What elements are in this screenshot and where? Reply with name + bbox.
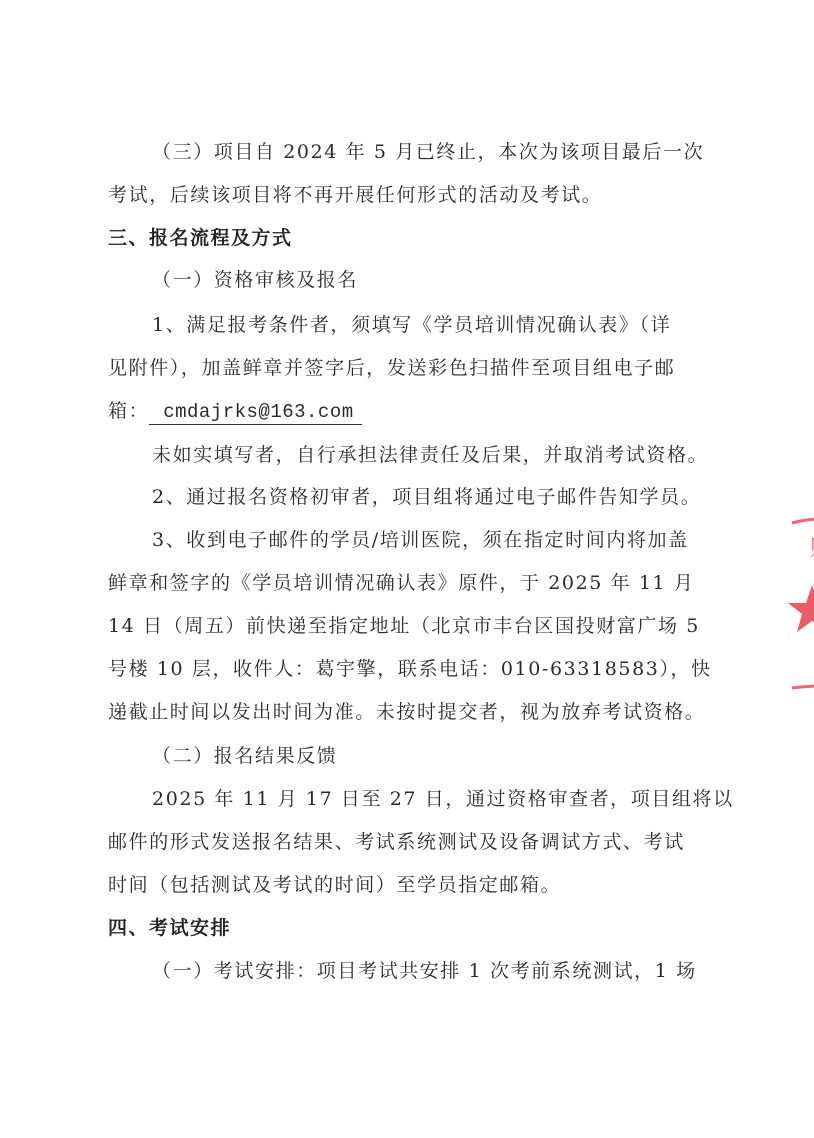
paragraph-line: 1、满足报考条件者，须填写《学员培训情况确认表》（详 bbox=[152, 313, 671, 337]
paragraph-line: 递截止时间以发出时间为准。未按时提交者，视为放弃考试资格。 bbox=[108, 700, 705, 724]
paragraph-line: 号楼 10 层，收件人：葛宇擎，联系电话：010-63318583），快 bbox=[108, 657, 712, 681]
paragraph-line: 未如实填写者，自行承担法律责任及后果，并取消考试资格。 bbox=[152, 443, 708, 467]
red-seal-stamp-icon: 财 bbox=[784, 515, 814, 695]
section-heading: 四、考试安排 bbox=[108, 916, 231, 940]
paragraph-line: 2、通过报名资格初审者，项目组将通过电子邮件告知学员。 bbox=[152, 485, 701, 509]
paragraph-line: 2025 年 11 月 17 日至 27 日，通过资格审查者，项目组将以 bbox=[152, 787, 734, 811]
email-label: 箱： bbox=[108, 400, 149, 422]
paragraph-line: 3、收到电子邮件的学员/培训医院，须在指定时间内将加盖 bbox=[152, 528, 689, 552]
subsection-heading: （二）报名结果反馈 bbox=[152, 744, 337, 768]
paragraph-line: 14 日（周五）前快递至指定地址（北京市丰台区国投财富广场 5 bbox=[108, 614, 700, 638]
svg-text:财: 财 bbox=[810, 536, 814, 561]
paragraph-line: 鲜章和签字的《学员培训情况确认表》原件，于 2025 年 11 月 bbox=[108, 571, 695, 595]
paragraph-line: 见附件），加盖鲜章并签字后，发送彩色扫描件至项目组电子邮 bbox=[108, 356, 675, 380]
subsection-heading: （一）资格审核及报名 bbox=[152, 268, 358, 292]
paragraph-line: 时间（包括测试及考试的时间）至学员指定邮箱。 bbox=[108, 873, 561, 897]
paragraph-line: （一）考试安排：项目考试共安排 1 次考前系统测试，1 场 bbox=[152, 959, 697, 983]
paragraph-line: 考试，后续该项目将不再开展任何形式的活动及考试。 bbox=[108, 183, 602, 207]
email-line: 箱：cmdajrks@163.com bbox=[108, 399, 362, 425]
section-heading: 三、报名流程及方式 bbox=[108, 226, 293, 250]
email-link[interactable]: cmdajrks@163.com bbox=[149, 400, 361, 425]
paragraph-line: （三）项目自 2024 年 5 月已终止，本次为该项目最后一次 bbox=[152, 140, 704, 164]
paragraph-line: 邮件的形式发送报名结果、考试系统测试及设备调试方式、考试 bbox=[108, 830, 685, 854]
